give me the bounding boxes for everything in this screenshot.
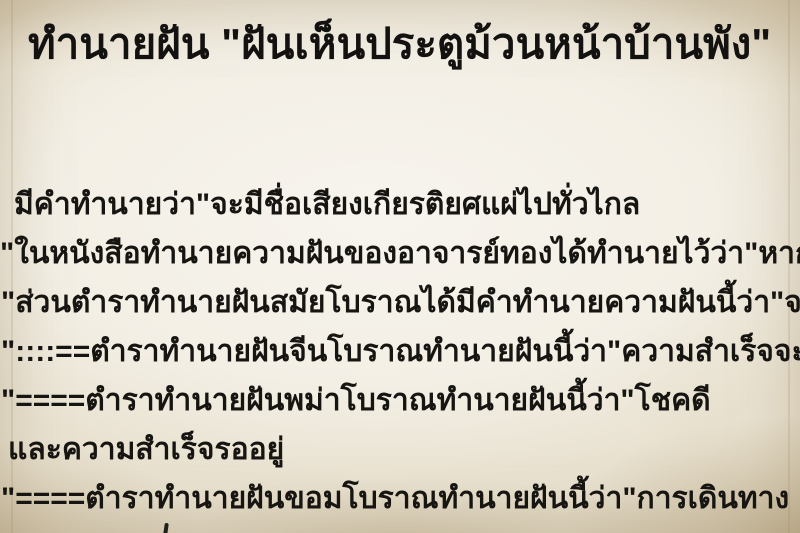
page-title: ทำนายฝัน "ฝันเห็นประตูม้วนหน้าบ้านพัง": [28, 14, 771, 74]
body-line-7: "====ตำราทำนายฝันขอมโบราณทำนายฝันนี้ว่า"…: [0, 474, 800, 523]
body-line-2: "ในหนังสือทำนายความฝันของอาจารย์ทองได้ทำ…: [0, 229, 800, 278]
next-line-tone-mark-peek: [163, 523, 169, 533]
body-line-5: "====ตำราทำนายฝันพม่าโบราณทำนายฝันนี้ว่า…: [0, 376, 800, 425]
body-line-4: "::::==ตำราทำนายฝันจีนโบราณทำนายฝันนี้ว่…: [0, 327, 800, 376]
body-line-1: มีคำทำนายว่า"จะมีชื่อเสียงเกียรติยศแผ่ไป…: [0, 180, 800, 229]
body-line-3: "ส่วนตำราทำนายฝันสมัยโบราณได้มีคำทำนายคว…: [0, 278, 800, 327]
body-text: มีคำทำนายว่า"จะมีชื่อเสียงเกียรติยศแผ่ไป…: [0, 180, 800, 523]
body-line-6: และความสำเร็จรออยู่: [0, 425, 800, 474]
dream-interpretation-page: ทำนายฝัน "ฝันเห็นประตูม้วนหน้าบ้านพัง" ม…: [0, 0, 800, 533]
